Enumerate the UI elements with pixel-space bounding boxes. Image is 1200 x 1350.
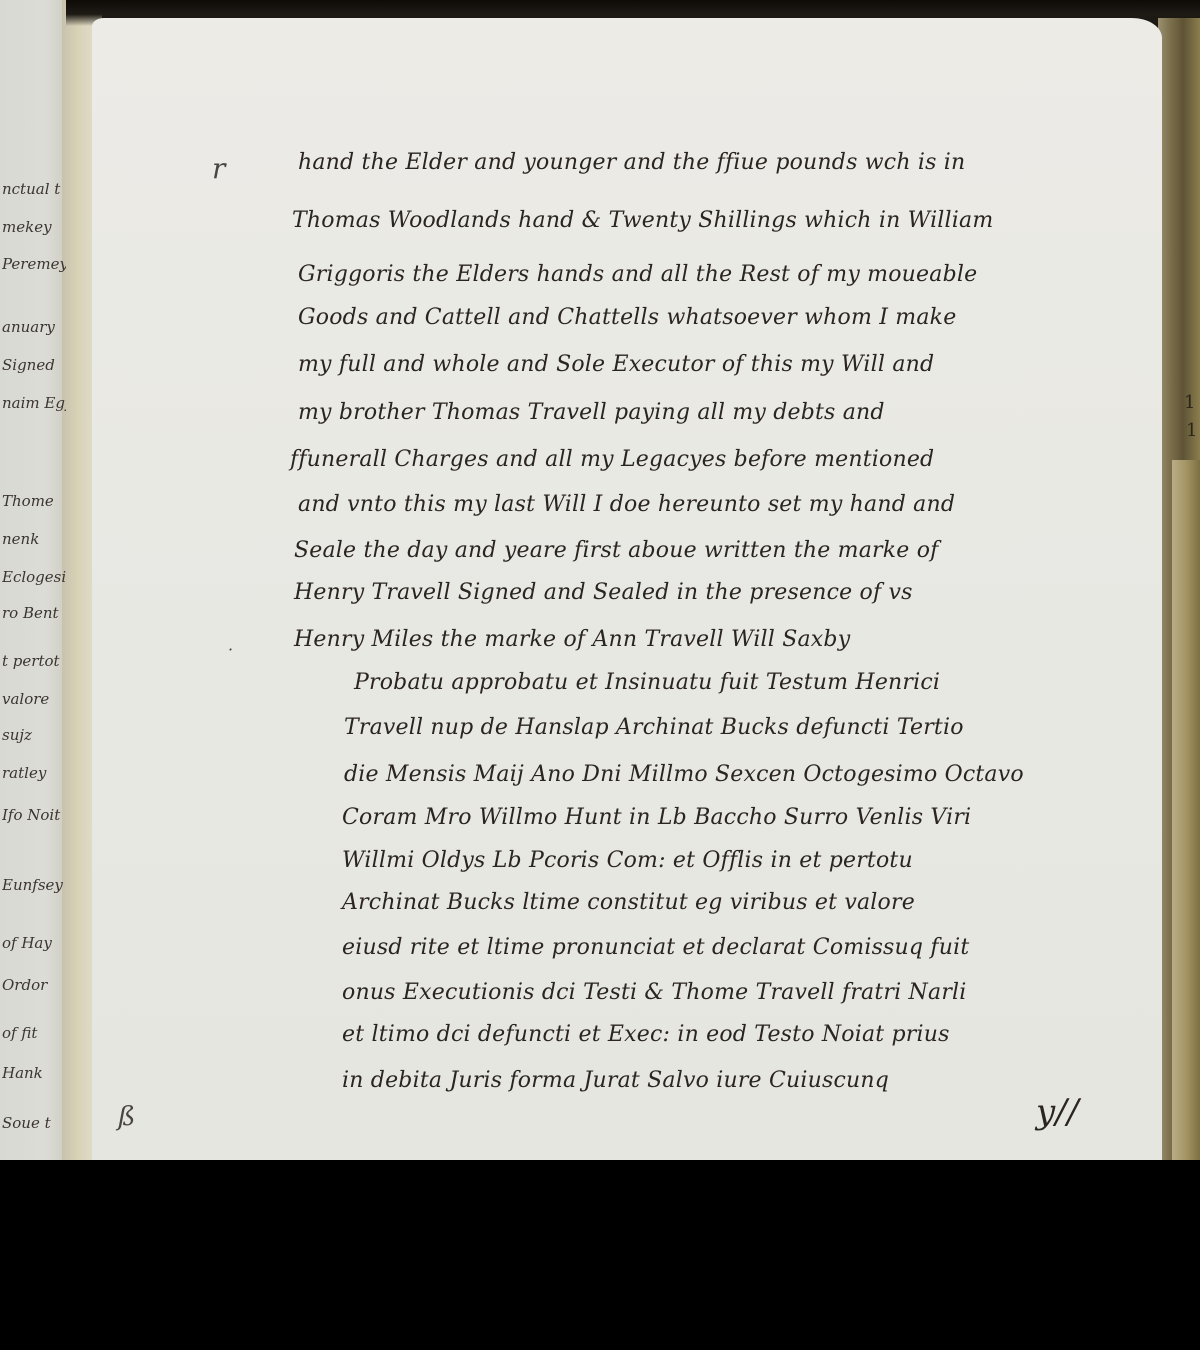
will-text-line: Thomas Woodlands hand & Twenty Shillings…: [292, 208, 993, 233]
left-page-fragment: nctual t: [2, 180, 66, 198]
left-page-fragment: valore: [2, 690, 66, 708]
left-page-fragment: Peremey: [2, 255, 66, 273]
margin-mark-bottom: ß: [118, 1102, 135, 1132]
manuscript-photograph: 1 1 nctual tmekeyPeremeyanuarySignednaim…: [0, 0, 1200, 1160]
left-page-fragment: Signed: [2, 356, 66, 374]
left-page-fragment: anuary: [2, 318, 66, 336]
left-page-fragment: Ordor: [2, 976, 66, 994]
left-page-fragment: sujz: [2, 726, 66, 744]
left-page-fragment: Eclogesim: [2, 568, 66, 586]
left-page-fragment: mekey: [2, 218, 66, 236]
probate-text-line: onus Executionis dci Testi & Thome Trave…: [342, 980, 967, 1005]
left-page-fragment: Eunfsey: [2, 876, 66, 894]
left-page-fragment: Soue t: [2, 1114, 66, 1132]
will-text-line: hand the Elder and younger and the ffiue…: [298, 150, 965, 175]
right-book-edge-lower: [1172, 460, 1200, 1160]
left-page-fragment: ratley: [2, 764, 66, 782]
bottom-black-band: [0, 1160, 1200, 1350]
probate-text-line: eiusd rite et ltime pronunciat et declar…: [342, 935, 969, 960]
spine-digit: 1: [1184, 392, 1195, 413]
probate-text-line: Archinat Bucks ltime constitut eg viribu…: [342, 890, 915, 915]
will-text-line: my brother Thomas Travell paying all my …: [298, 400, 885, 425]
will-text-line: and vnto this my last Will I doe hereunt…: [298, 492, 955, 517]
left-page-fragment: Ifo Noit: [2, 806, 66, 824]
margin-mark-top: r: [212, 152, 225, 185]
left-page-fragment: naim Egy: [2, 394, 66, 412]
left-page-fragment: of fit: [2, 1024, 66, 1042]
left-page-fragment: t pertot: [2, 652, 66, 670]
left-page-fragment: of Hay: [2, 934, 66, 952]
left-page-fragment: ro Bent: [2, 604, 66, 622]
left-page-fragment: Thome: [2, 492, 66, 510]
will-text-line: Henry Travell Signed and Sealed in the p…: [294, 580, 913, 605]
left-page-fragment: nenk: [2, 530, 66, 548]
left-page-fragment: Hank: [2, 1064, 66, 1082]
probate-text-line: Willmi Oldys Lb Pcoris Com: et Offlis in…: [342, 848, 913, 873]
will-text-line: Seale the day and yeare first aboue writ…: [294, 538, 939, 563]
will-text-line: Henry Miles the marke of Ann Travell Wil…: [294, 627, 850, 652]
will-text-line: my full and whole and Sole Executor of t…: [298, 352, 934, 377]
probate-text-line: in debita Juris forma Jurat Salvo iure C…: [342, 1068, 889, 1093]
probate-text-line: et ltimo dci defuncti et Exec: in eod Te…: [342, 1022, 950, 1047]
probate-text-line: die Mensis Maij Ano Dni Millmo Sexcen Oc…: [344, 762, 1024, 787]
probate-text-line: Coram Mro Willmo Hunt in Lb Baccho Surro…: [342, 805, 971, 830]
spine-digit: 1: [1186, 420, 1197, 441]
will-text-line: Griggoris the Elders hands and all the R…: [298, 262, 977, 287]
margin-dot: ·: [228, 640, 233, 659]
will-text-line: Goods and Cattell and Chattells whatsoev…: [298, 305, 956, 330]
will-text-line: ffunerall Charges and all my Legacyes be…: [290, 447, 934, 472]
probate-text-line: Probatu approbatu et Insinuatu fuit Test…: [354, 670, 940, 695]
probate-text-line: Travell nup de Hanslap Archinat Bucks de…: [344, 715, 964, 740]
closing-flourish: y//: [1036, 1092, 1079, 1132]
